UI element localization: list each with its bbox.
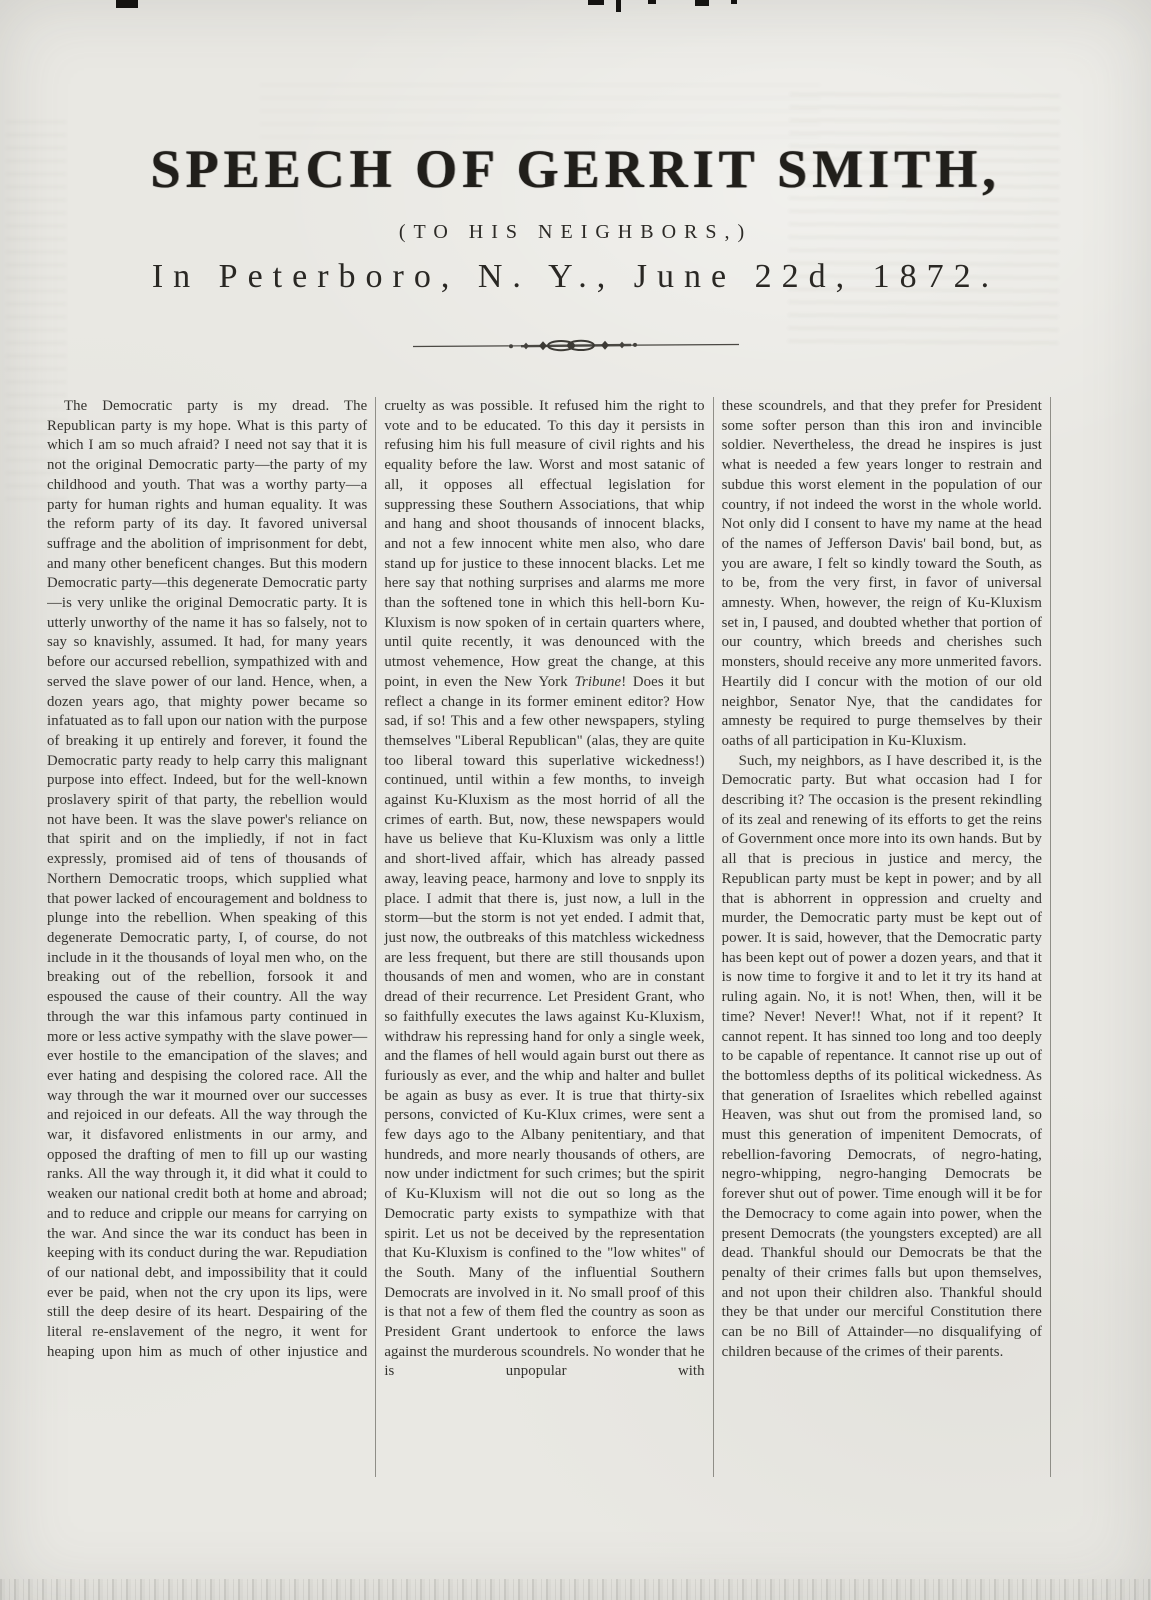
top-edge-print-fragment (616, 0, 621, 12)
column-1: The Democratic party is my dread. The Re… (47, 397, 375, 1477)
column-2: cruelty as was possible. It refused him … (375, 397, 712, 1477)
top-edge-print-fragment (731, 0, 737, 4)
columns: The Democratic party is my dread. The Re… (47, 397, 1051, 1477)
page-subtitle: (TO HIS NEIGHBORS,) (0, 221, 1151, 244)
document-page: SPEECH OF GERRIT SMITH, (TO HIS NEIGHBOR… (0, 0, 1151, 1600)
column-3: these scoundrels, and that they prefer f… (713, 397, 1050, 1477)
page-title: SPEECH OF GERRIT SMITH, (0, 138, 1151, 200)
top-edge-print-fragment (648, 0, 656, 4)
divider (0, 336, 1151, 359)
showthrough-ghost-text (788, 87, 1060, 344)
ornamental-rule-icon (411, 336, 741, 354)
top-edge-print-fragment (588, 0, 604, 5)
body-paragraph: cruelty as was possible. It refused him … (384, 397, 704, 1382)
reverse-side-showthrough (0, 1579, 1151, 1600)
body-paragraph: these scoundrels, and that they prefer f… (722, 397, 1042, 752)
body-paragraph: Such, my neighbors, as I have described … (722, 752, 1042, 1363)
top-edge-print-fragment (695, 0, 709, 6)
body-paragraph: The Democratic party is my dread. The Re… (47, 397, 367, 1362)
top-edge-print-fragment (116, 0, 138, 8)
showthrough-ghost-text (260, 78, 820, 138)
page-dateline: In Peterboro, N. Y., June 22d, 1872. (0, 258, 1151, 296)
